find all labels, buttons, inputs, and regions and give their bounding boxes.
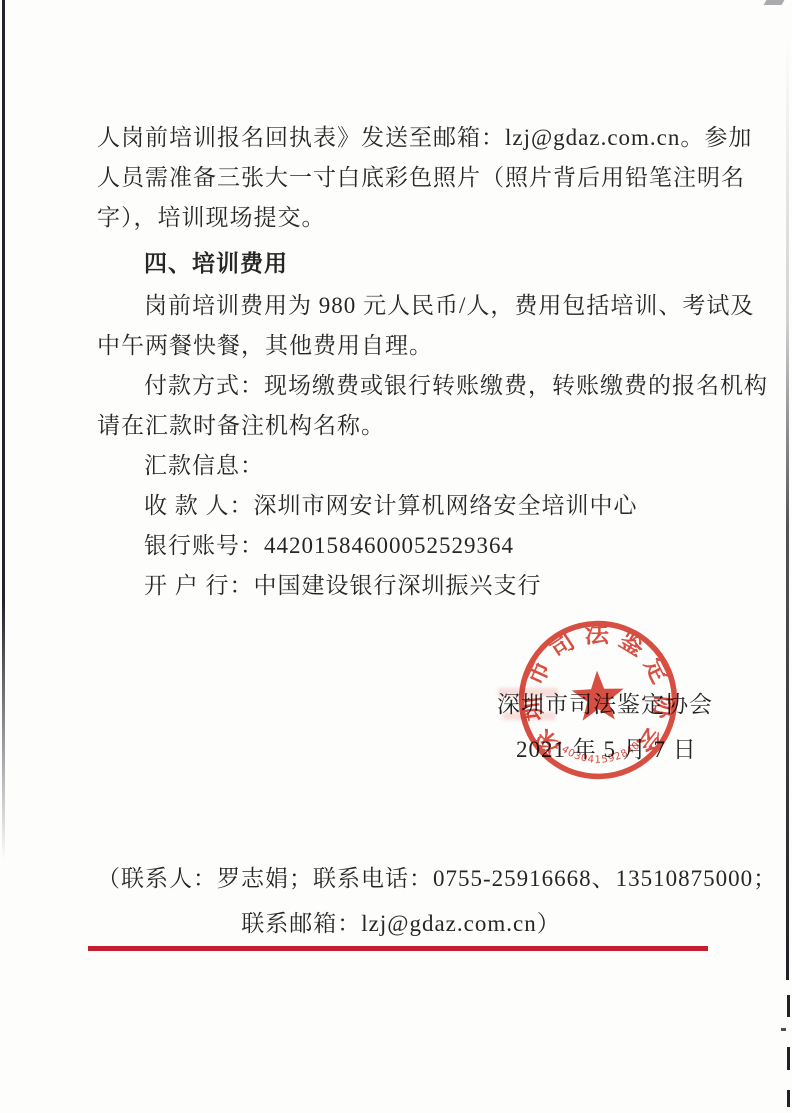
footer-rule [88, 946, 708, 951]
body-line: 开 户 行：中国建设银行深圳振兴支行 [97, 566, 709, 606]
contact-person-phone: （联系人：罗志娟；联系电话：0755-25916668、13510875000； [97, 856, 705, 901]
body-line: 岗前培训费用为 980 元人民币/人，费用包括培训、考试及 [97, 286, 709, 326]
body-line: 收 款 人：深圳市网安计算机网络安全培训中心 [97, 486, 709, 526]
body-line: 中午两餐快餐，其他费用自理。 [97, 326, 709, 366]
seal-serial-number: 403041592840 [559, 739, 644, 767]
scan-artifact-smudge [764, 0, 785, 5]
contact-block: （联系人：罗志娟；联系电话：0755-25916668、13510875000；… [97, 856, 705, 946]
scan-artifact-right-line [786, 40, 789, 980]
seal-star-icon [571, 670, 625, 721]
scan-artifact-right-dash [787, 1090, 790, 1107]
scan-artifact-dot [781, 1028, 786, 1031]
scan-artifact-left-line [2, 0, 5, 860]
body-line: 请在汇款时备注机构名称。 [97, 406, 709, 446]
body-line: 付款方式：现场缴费或银行转账缴费，转账缴费的报名机构 [97, 366, 709, 406]
body-line: 汇款信息： [97, 446, 709, 486]
scanned-document-page: 人岗前培训报名回执表》发送至邮箱：lzj@gdaz.com.cn。参加人员需准备… [0, 0, 792, 1113]
scan-artifact-right-dash [787, 995, 790, 1017]
body-line: 四、培训费用 [97, 244, 709, 284]
body-line: 字），培训现场提交。 [97, 198, 709, 238]
document-body: 人岗前培训报名回执表》发送至邮箱：lzj@gdaz.com.cn。参加人员需准备… [97, 118, 709, 606]
body-line: 银行账号：44201584600052529364 [97, 526, 709, 566]
contact-email: 联系邮箱：lzj@gdaz.com.cn） [97, 901, 705, 946]
body-line: 人岗前培训报名回执表》发送至邮箱：lzj@gdaz.com.cn。参加 [97, 118, 709, 158]
scan-artifact-right-dash [787, 1047, 790, 1070]
official-seal-stamp: 深圳市司法鉴定协会 403041592840 [514, 616, 682, 784]
body-line: 人员需准备三张大一寸白底彩色照片（照片背后用铅笔注明名 [97, 158, 709, 198]
